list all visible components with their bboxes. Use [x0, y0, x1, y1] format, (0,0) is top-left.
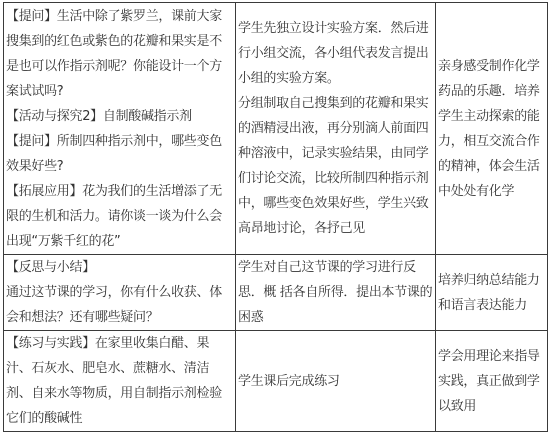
student-activity-cell: 学生课后完成练习	[236, 331, 436, 432]
teacher-activity-cell: 【练习与实践】在家里收集白醋、果汁、石灰水、肥皂水、蔗糖水、清洁剂、自来水等物质…	[4, 331, 236, 432]
student-activity-text: 学生课后完成练习	[238, 369, 433, 394]
teacher-question-1: 【提问】生活中除了紫罗兰，课前大家搜集到的红色或紫色的花瓣和果实是不是也可以作指…	[6, 4, 233, 104]
activity-heading: 【活动与探究2】自制酸碱指示剂	[6, 104, 233, 129]
teacher-activity-cell: 【反思与小结】 通过这节课的学习，你有什么收获、体会和想法？还有哪些疑问？	[4, 255, 236, 331]
design-intent-text: 培养归纳总结能力 和语言表达能力	[438, 268, 545, 318]
teacher-question-2: 【提问】所制四种指示剂中，哪些变色效果好些?	[6, 129, 233, 179]
practice-task: 【练习与实践】在家里收集白醋、果汁、石灰水、肥皂水、蔗糖水、清洁剂、自来水等物质…	[6, 331, 233, 431]
reflection-question: 通过这节课的学习，你有什么收获、体会和想法？还有哪些疑问？	[6, 280, 233, 330]
student-activity-text: 学生对自己这节课的学习进行反思．概 括各自所得．提出本节课的困惑	[238, 255, 433, 330]
lesson-plan-table: 【提问】生活中除了紫罗兰，课前大家搜集到的红色或紫色的花瓣和果实是不是也可以作指…	[3, 2, 548, 432]
reflection-heading: 【反思与小结】	[6, 255, 233, 280]
design-intent-text: 亲身感受制作化学 药品的乐趣．培养学生主动探索的能力，相互交流合作的精神，体会生…	[438, 54, 545, 204]
student-activity-text-2: 分组制取自己搜集到的花瓣和果实的酒精浸出液，再分别滴人前面四种溶液中，记录实验结…	[238, 91, 433, 241]
student-activity-cell: 学生先独立设计实验方案．然后进行小组交流，各小组代表发言提出小组的实验方案。 分…	[236, 3, 436, 255]
teacher-activity-cell: 【提问】生活中除了紫罗兰，课前大家搜集到的红色或紫色的花瓣和果实是不是也可以作指…	[4, 3, 236, 255]
table-row: 【练习与实践】在家里收集白醋、果汁、石灰水、肥皂水、蔗糖水、清洁剂、自来水等物质…	[4, 331, 548, 432]
design-intent-cell: 亲身感受制作化学 药品的乐趣．培养学生主动探索的能力，相互交流合作的精神，体会生…	[436, 3, 548, 255]
design-intent-text: 学会用理论来指导实践，真正做到学以致用	[438, 344, 545, 419]
student-activity-text-1: 学生先独立设计实验方案．然后进行小组交流，各小组代表发言提出小组的实验方案。	[238, 16, 433, 91]
design-intent-cell: 学会用理论来指导实践，真正做到学以致用	[436, 331, 548, 432]
table-row: 【提问】生活中除了紫罗兰，课前大家搜集到的红色或紫色的花瓣和果实是不是也可以作指…	[4, 3, 548, 255]
design-intent-cell: 培养归纳总结能力 和语言表达能力	[436, 255, 548, 331]
table-row: 【反思与小结】 通过这节课的学习，你有什么收获、体会和想法？还有哪些疑问？ 学生…	[4, 255, 548, 331]
extension-application: 【拓展应用】花为我们的生活增添了无限的生机和活力。请你谈一谈为什么会出现“万紫千…	[6, 179, 233, 254]
student-activity-cell: 学生对自己这节课的学习进行反思．概 括各自所得．提出本节课的困惑	[236, 255, 436, 331]
